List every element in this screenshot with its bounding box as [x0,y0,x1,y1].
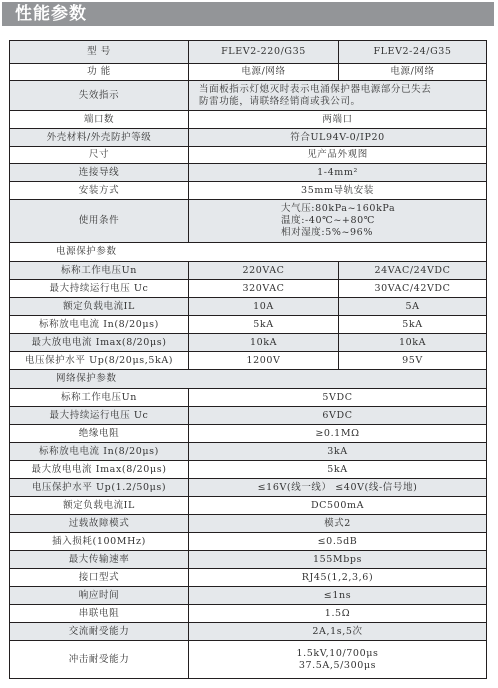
row-label: 串联电阻 [10,605,189,623]
cell-value: 5kA [339,316,487,334]
cell-value: ≥0.1MΩ [189,425,487,443]
table-row: 交流耐受能力 2A,1s,5次 [10,623,487,641]
row-label: 最大放电电流 Imax(8/20μs) [10,334,189,352]
value-line: 大气压:80kPa~160kPa [281,203,482,215]
row-label: 标称放电电流 In(8/20μs) [10,443,189,461]
row-label: 最大持续运行电压 Uc [10,407,189,425]
row-label: 绝缘电阻 [10,425,189,443]
row-label: 外壳材料/外壳防护等级 [10,129,189,147]
table-row: 最大放电电流 Imax(8/20μs) 10kA 10kA [10,334,487,352]
cell-value: 24VAC/24VDC [339,262,487,280]
row-label: 电压保护水平 Up(8/20μs,5kA) [10,352,189,370]
cell-value: 35mm导轨安装 [189,182,487,200]
cell-value: FLEV2-24/G35 [339,41,487,64]
cell-value: 320VAC [189,280,339,298]
value-line: 1.5kV,10/700μs [193,648,482,660]
value-line: 防雷功能，请联络经销商或我公司。 [199,96,482,108]
table-row: 电压保护水平 Up(1.2/50μs) ≤16V(线一线） ≤40V(线-信号地… [10,479,487,497]
cell-value: FLEV2-220/G35 [189,41,339,64]
cell-value: 符合UL94V-0/IP20 [189,129,487,147]
value-line: 相对湿度:5%~96% [281,227,482,239]
cell-value: 电源/网络 [339,64,487,81]
cell-value: 220VAC [189,262,339,280]
row-label: 过载故障模式 [10,515,189,533]
row-label: 标称工作电压Un [10,389,189,407]
table-row-wire: 连接导线 1-4mm² [10,164,487,182]
table-row-function: 功 能 电源/网络 电源/网络 [10,64,487,81]
cell-value: 3kA [189,443,487,461]
row-label: 额定负载电流IL [10,497,189,515]
table-row-housing: 外壳材料/外壳防护等级 符合UL94V-0/IP20 [10,129,487,147]
row-label: 尺寸 [10,147,189,164]
cell-value: 电源/网络 [189,64,339,81]
row-label: 标称工作电压Un [10,262,189,280]
section-header-network: 网络保护参数 [10,370,487,389]
cell-value: 大气压:80kPa~160kPa 温度:-40℃~+80℃ 相对湿度:5%~96… [189,200,487,243]
section-header-bar: 性能参数 [2,2,494,26]
row-label: 响应时间 [10,587,189,605]
table-row: 串联电阻 1.5Ω [10,605,487,623]
table-row: 过载故障模式 模式2 [10,515,487,533]
row-label: 接口型式 [10,569,189,587]
cell-value: ≤16V(线一线） ≤40V(线-信号地) [189,479,487,497]
cell-value: 10kA [189,334,339,352]
table-row: 标称放电电流 In(8/20μs) 3kA [10,443,487,461]
row-label: 额定负载电流IL [10,298,189,316]
table-row: 最大持续运行电压 Uc 6VDC [10,407,487,425]
table-row: 额定负载电流IL 10A 5A [10,298,487,316]
section-title: 性能参数 [15,3,87,25]
section-title: 网络保护参数 [10,370,487,389]
row-label: 电压保护水平 Up(1.2/50μs) [10,479,189,497]
row-label: 功 能 [10,64,189,81]
table-row: 额定负载电流IL DC500mA [10,497,487,515]
row-label: 最大持续运行电压 Uc [10,280,189,298]
cell-value: DC500mA [189,497,487,515]
table-row: 最大持续运行电压 Uc 320VAC 30VAC/42VDC [10,280,487,298]
table-row-model: 型 号 FLEV2-220/G35 FLEV2-24/G35 [10,41,487,64]
cell-value: 5kA [189,461,487,479]
cell-value: 10kA [339,334,487,352]
table-row: 最大传输速率 155Mbps [10,551,487,569]
cell-value: 1.5kV,10/700μs 37.5A,5/300μs [189,641,487,679]
cell-value: 95V [339,352,487,370]
row-label: 型 号 [10,41,189,64]
cell-value: 30VAC/42VDC [339,280,487,298]
cell-value: ≤1ns [189,587,487,605]
table-row: 接口型式 RJ45(1,2,3,6) [10,569,487,587]
row-label: 失效指示 [10,81,189,111]
row-label: 安装方式 [10,182,189,200]
row-label: 最大放电电流 Imax(8/20μs) [10,461,189,479]
cell-value: 模式2 [189,515,487,533]
table-row-failure-indication: 失效指示 当面板指示灯熄灭时表示电涌保护器电源部分已失去 防雷功能，请联络经销商… [10,81,487,111]
table-row-conditions: 使用条件 大气压:80kPa~160kPa 温度:-40℃~+80℃ 相对湿度:… [10,200,487,243]
table-row: 插入损耗(100MHz) ≤0.5dB [10,533,487,551]
cell-value: 5kA [189,316,339,334]
table-row: 标称放电电流 In(8/20μs) 5kA 5kA [10,316,487,334]
cell-value: ≤0.5dB [189,533,487,551]
cell-value: 当面板指示灯熄灭时表示电涌保护器电源部分已失去 防雷功能，请联络经销商或我公司。 [189,81,487,111]
row-label: 最大传输速率 [10,551,189,569]
row-label: 插入损耗(100MHz) [10,533,189,551]
row-label: 连接导线 [10,164,189,182]
value-line: 温度:-40℃~+80℃ [281,215,482,227]
table-row: 绝缘电阻 ≥0.1MΩ [10,425,487,443]
cell-value: 5A [339,298,487,316]
row-label: 标称放电电流 In(8/20μs) [10,316,189,334]
section-title: 电源保护参数 [10,243,487,262]
cell-value: 5VDC [189,389,487,407]
cell-value: 155Mbps [189,551,487,569]
value-line: 当面板指示灯熄灭时表示电涌保护器电源部分已失去 [199,84,482,96]
row-label: 冲击耐受能力 [10,641,189,679]
cell-value: 10A [189,298,339,316]
table-row-mounting: 安装方式 35mm导轨安装 [10,182,487,200]
table-row-size: 尺寸 见产品外观图 [10,147,487,164]
cell-value: 2A,1s,5次 [189,623,487,641]
section-header-power: 电源保护参数 [10,243,487,262]
cell-value: 1200V [189,352,339,370]
table-row: 响应时间 ≤1ns [10,587,487,605]
table-row: 标称工作电压Un 220VAC 24VAC/24VDC [10,262,487,280]
table-row: 电压保护水平 Up(8/20μs,5kA) 1200V 95V [10,352,487,370]
spec-table: 型 号 FLEV2-220/G35 FLEV2-24/G35 功 能 电源/网络… [9,40,487,679]
row-label: 交流耐受能力 [10,623,189,641]
value-line: 37.5A,5/300μs [193,660,482,672]
table-row: 标称工作电压Un 5VDC [10,389,487,407]
table-row-impulse: 冲击耐受能力 1.5kV,10/700μs 37.5A,5/300μs [10,641,487,679]
cell-value: 1.5Ω [189,605,487,623]
cell-value: 见产品外观图 [189,147,487,164]
cell-value: 6VDC [189,407,487,425]
table-row: 最大放电电流 Imax(8/20μs) 5kA [10,461,487,479]
row-label: 端口数 [10,111,189,129]
cell-value: 两端口 [189,111,487,129]
cell-value: RJ45(1,2,3,6) [189,569,487,587]
cell-value: 1-4mm² [189,164,487,182]
row-label: 使用条件 [10,200,189,243]
table-row-ports: 端口数 两端口 [10,111,487,129]
